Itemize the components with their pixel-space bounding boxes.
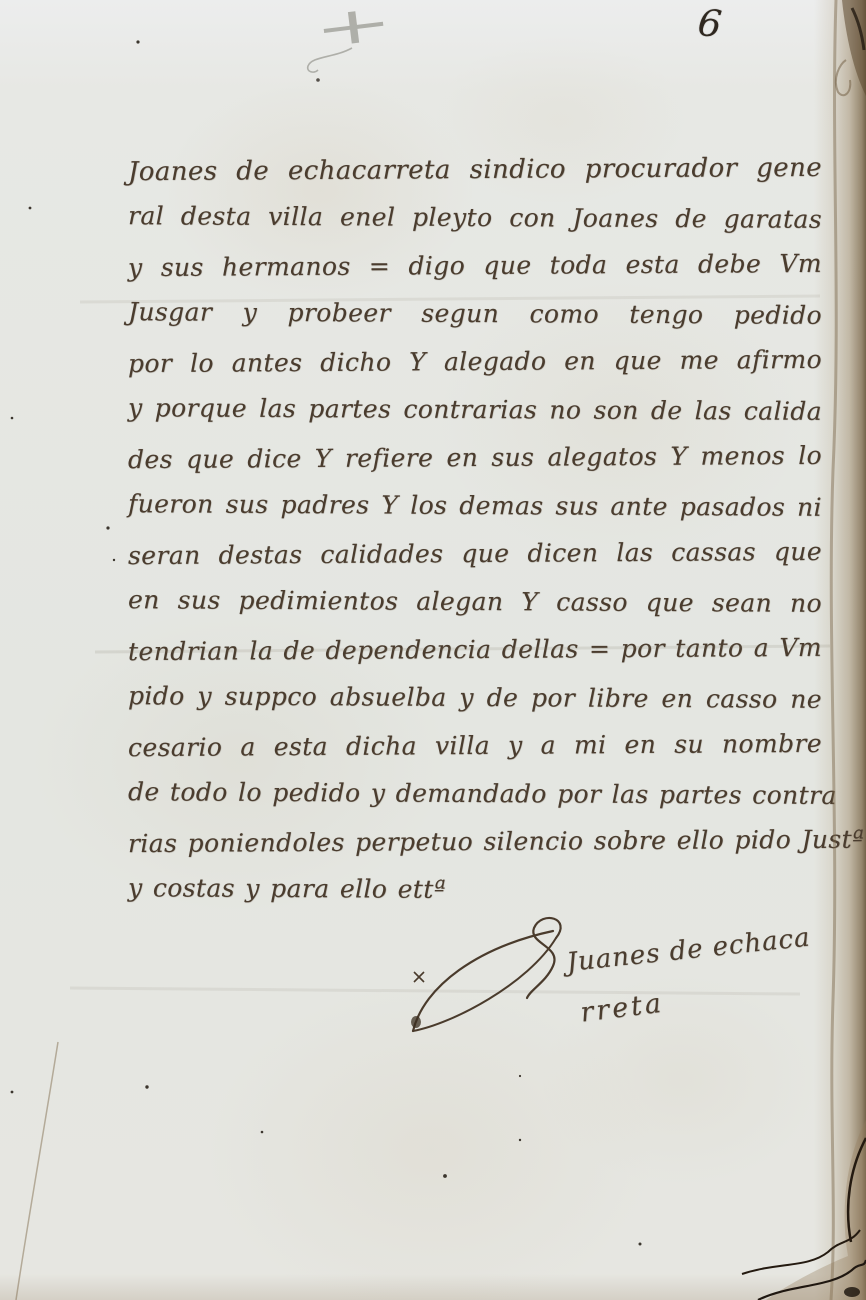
manuscript-line: pido y suppco absuelba y de por libre en… [128,672,822,724]
signature-flourish-lower-arc [413,938,556,1031]
manuscript-line: y porque las partes contrarias no son de… [128,384,822,436]
manuscript-text-block: Joanes de echacarreta sindico procurador… [128,146,822,914]
manuscript-line: de todo lo pedido y demandado por las pa… [128,768,822,820]
manuscript-line: por lo antes dicho Y alegado en que me a… [128,336,822,388]
signature-name-line1: Juanes de echaca [565,920,837,978]
manuscript-line: tendrian la de dependencia dellas = por … [128,624,822,676]
invocation-cross-mark: + [310,0,396,60]
signature-flourish-x-mark [414,972,424,982]
manuscript-line: ral desta villa enel pleyto con Joanes d… [128,192,822,244]
signature-name-line2: rreta [579,978,742,1028]
manuscript-line: Joanes de echacarreta sindico procurador… [128,144,822,196]
folio-number: 6 [696,1,724,46]
manuscript-line: seran destas calidades que dicen las cas… [128,528,822,580]
manuscript-line: des que dice Y refiere en sus alegatos Y… [128,432,822,484]
signature-flourish-curl [527,918,561,998]
manuscript-line: en sus pedimientos alegan Y casso que se… [128,576,822,628]
manuscript-line: cesario a esta dicha villa y a mi en su … [128,720,822,772]
pencil-dot [316,78,320,82]
signature-flourish-upper-arc [413,931,553,1031]
manuscript-line: y costas y para ello ettª [128,864,822,916]
manuscript-line: Jusgar y probeer segun como tengo pedido [128,288,822,340]
manuscript-page: + 6 Joanes de echacarreta sindico procur… [0,0,866,1300]
manuscript-line: rias poniendoles perpetuo silencio sobre… [128,816,822,868]
page-bottom-edge [0,1274,866,1300]
manuscript-line: y sus hermanos = digo que toda esta debe… [128,240,822,292]
manuscript-line: fueron sus padres Y los demas sus ante p… [128,480,822,532]
fold-crease-left [16,1042,58,1300]
signature-ink-blot [411,1016,421,1028]
